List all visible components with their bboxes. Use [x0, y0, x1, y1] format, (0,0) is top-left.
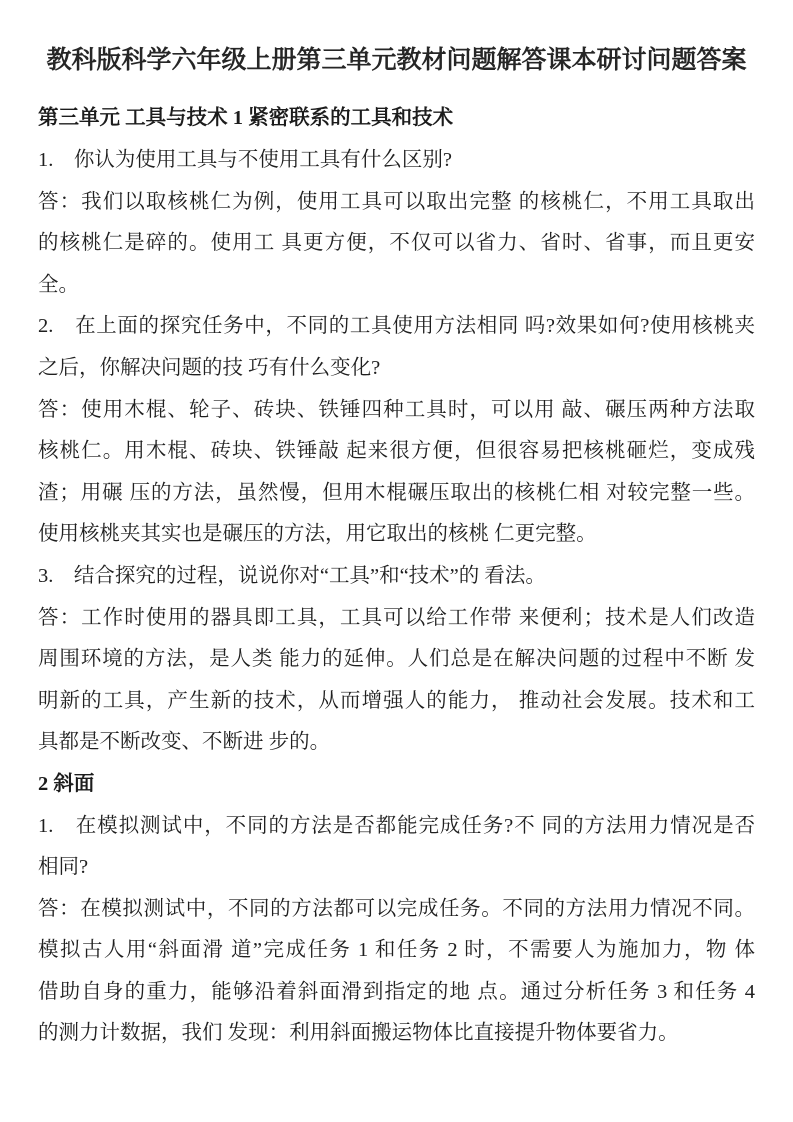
unit-heading: 第三单元 工具与技术 1 紧密联系的工具和技术 [38, 104, 755, 132]
answer-2-line-3: 渣；用碾 压的方法，虽然慢，但用木棍碾压取出的核桃仁相 对较完整一些。 [38, 473, 755, 515]
lesson2-answer-1-line-1: 答：在模拟测试中，不同的方法都可以完成任务。不同的方法用力情况不同。 [38, 889, 755, 931]
lesson2-answer-1-line-3: 借助自身的重力，能够沿着斜面滑到指定的地 点。通过分析任务 3 和任务 4 [38, 972, 755, 1014]
question-2-line-2: 之后，你解决问题的技 巧有什么变化? [38, 348, 755, 390]
lesson-2-heading: 2 斜面 [38, 764, 755, 806]
answer-3-line-2: 周围环境的方法，是人类 能力的延伸。人们总是在解决问题的过程中不断 发 [38, 639, 755, 681]
document-page: 教科版科学六年级上册第三单元教材问题解答课本研讨问题答案 第三单元 工具与技术 … [0, 0, 793, 1122]
answer-2-line-4: 使用核桃夹其实也是碾压的方法，用它取出的核桃 仁更完整。 [38, 514, 755, 556]
document-body: 1. 你认为使用工具与不使用工具有什么区别? 答：我们以取核桃仁为例，使用工具可… [38, 140, 755, 1055]
lesson2-question-1-line-2: 相同? [38, 847, 755, 889]
question-2-line-1: 2. 在上面的探究任务中，不同的工具使用方法相同 吗?效果如何?使用核桃夹 [38, 306, 755, 348]
answer-2-line-1: 答：使用木棍、轮子、砖块、铁锤四种工具时，可以用 敲、碾压两种方法取 [38, 390, 755, 432]
answer-1-line-1: 答：我们以取核桃仁为例，使用工具可以取出完整 的核桃仁，不用工具取出 [38, 182, 755, 224]
lesson2-answer-1-line-2: 模拟古人用“斜面滑 道”完成任务 1 和任务 2 时，不需要人为施加力，物 体 [38, 930, 755, 972]
lesson2-question-1-line-1: 1. 在模拟测试中，不同的方法是否都能完成任务?不 同的方法用力情况是否 [38, 806, 755, 848]
answer-1-line-3: 全。 [38, 265, 755, 307]
lesson2-answer-1-line-4: 的测力计数据，我们 发现：利用斜面搬运物体比直接提升物体要省力。 [38, 1013, 755, 1055]
document-title: 教科版科学六年级上册第三单元教材问题解答课本研讨问题答案 [38, 0, 755, 77]
answer-2-line-2: 核桃仁。用木棍、砖块、铁锤敲 起来很方便，但很容易把核桃砸烂，变成残 [38, 431, 755, 473]
answer-3-line-4: 具都是不断改变、不断进 步的。 [38, 722, 755, 764]
question-3-line: 3. 结合探究的过程，说说你对“工具”和“技术”的 看法。 [38, 556, 755, 598]
question-1-line: 1. 你认为使用工具与不使用工具有什么区别? [38, 140, 755, 182]
answer-3-line-1: 答：工作时使用的器具即工具，工具可以给工作带 来便利；技术是人们改造 [38, 598, 755, 640]
answer-1-line-2: 的核桃仁是碎的。使用工 具更方便，不仅可以省力、省时、省事，而且更安 [38, 223, 755, 265]
answer-3-line-3: 明新的工具，产生新的技术，从而增强人的能力， 推动社会发展。技术和工 [38, 681, 755, 723]
